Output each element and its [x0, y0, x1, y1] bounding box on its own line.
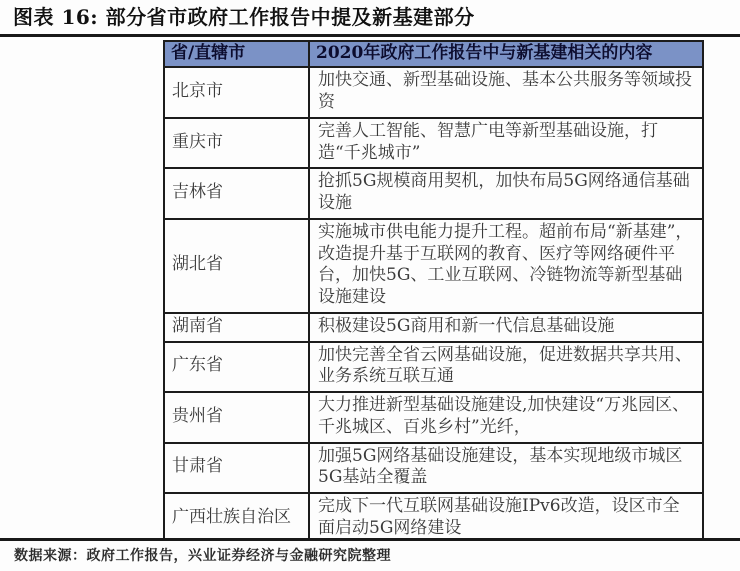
content-cell: 大力推进新型基础设施建设,加快建设“万兆园区、千兆城区、百兆乡村”光纤，	[309, 392, 703, 443]
title-divider-rule	[0, 34, 740, 37]
header-cell-content: 2020年政府工作报告中与新基建相关的内容	[309, 41, 703, 67]
table-row: 吉林省抢抓5G规模商用契机，加快布局5G网络通信基础设施	[164, 168, 703, 219]
content-cell: 加快完善全省云网基础设施，促进数据共享共用、业务系统互联互通	[309, 342, 703, 393]
report-table: 省/直辖市 2020年政府工作报告中与新基建相关的内容 北京市加快交通、新型基础…	[163, 40, 704, 545]
table-header-row: 省/直辖市 2020年政府工作报告中与新基建相关的内容	[164, 41, 703, 67]
content-cell: 加快交通、新型基础设施、基本公共服务等领域投资	[309, 67, 703, 118]
content-cell: 实施城市供电能力提升工程。超前布局“新基建”，改造提升基于互联网的教育、医疗等网…	[309, 219, 703, 313]
province-cell: 重庆市	[164, 118, 309, 169]
table-row: 贵州省大力推进新型基础设施建设,加快建设“万兆园区、千兆城区、百兆乡村”光纤，	[164, 392, 703, 443]
header-cell-province: 省/直辖市	[164, 41, 309, 67]
table-row: 湖北省实施城市供电能力提升工程。超前布局“新基建”，改造提升基于互联网的教育、医…	[164, 219, 703, 313]
province-cell: 广东省	[164, 342, 309, 393]
province-cell: 贵州省	[164, 392, 309, 443]
table-row: 广西壮族自治区完成下一代互联网基础设施IPv6改造，设区市全面启动5G网络建设	[164, 493, 703, 544]
table-body: 北京市加快交通、新型基础设施、基本公共服务等领域投资重庆市完善人工智能、智慧广电…	[164, 67, 703, 543]
province-cell: 广西壮族自治区	[164, 493, 309, 544]
source-note: 数据来源：政府工作报告，兴业证券经济与金融研究院整理	[14, 545, 740, 565]
province-cell: 甘肃省	[164, 443, 309, 494]
content-cell: 抢抓5G规模商用契机，加快布局5G网络通信基础设施	[309, 168, 703, 219]
content-cell: 积极建设5G商用和新一代信息基础设施	[309, 313, 703, 342]
footer-divider-rule	[0, 538, 740, 541]
province-cell: 湖北省	[164, 219, 309, 313]
province-cell: 吉林省	[164, 168, 309, 219]
table-row: 重庆市完善人工智能、智慧广电等新型基础设施，打造“千兆城市”	[164, 118, 703, 169]
report-table-container: 省/直辖市 2020年政府工作报告中与新基建相关的内容 北京市加快交通、新型基础…	[163, 40, 704, 545]
content-cell: 完善人工智能、智慧广电等新型基础设施，打造“千兆城市”	[309, 118, 703, 169]
page-title: 图表 16: 部分省市政府工作报告中提及新基建部分	[13, 5, 740, 29]
table-row: 广东省加快完善全省云网基础设施，促进数据共享共用、业务系统互联互通	[164, 342, 703, 393]
province-cell: 湖南省	[164, 313, 309, 342]
table-row: 湖南省积极建设5G商用和新一代信息基础设施	[164, 313, 703, 342]
content-cell: 加强5G网络基础设施建设，基本实现地级市城区5G基站全覆盖	[309, 443, 703, 494]
table-row: 北京市加快交通、新型基础设施、基本公共服务等领域投资	[164, 67, 703, 118]
province-cell: 北京市	[164, 67, 309, 118]
footer-block: 数据来源：政府工作报告，兴业证券经济与金融研究院整理	[0, 538, 740, 571]
table-row: 甘肃省加强5G网络基础设施建设，基本实现地级市城区5G基站全覆盖	[164, 443, 703, 494]
content-cell: 完成下一代互联网基础设施IPv6改造，设区市全面启动5G网络建设	[309, 493, 703, 544]
